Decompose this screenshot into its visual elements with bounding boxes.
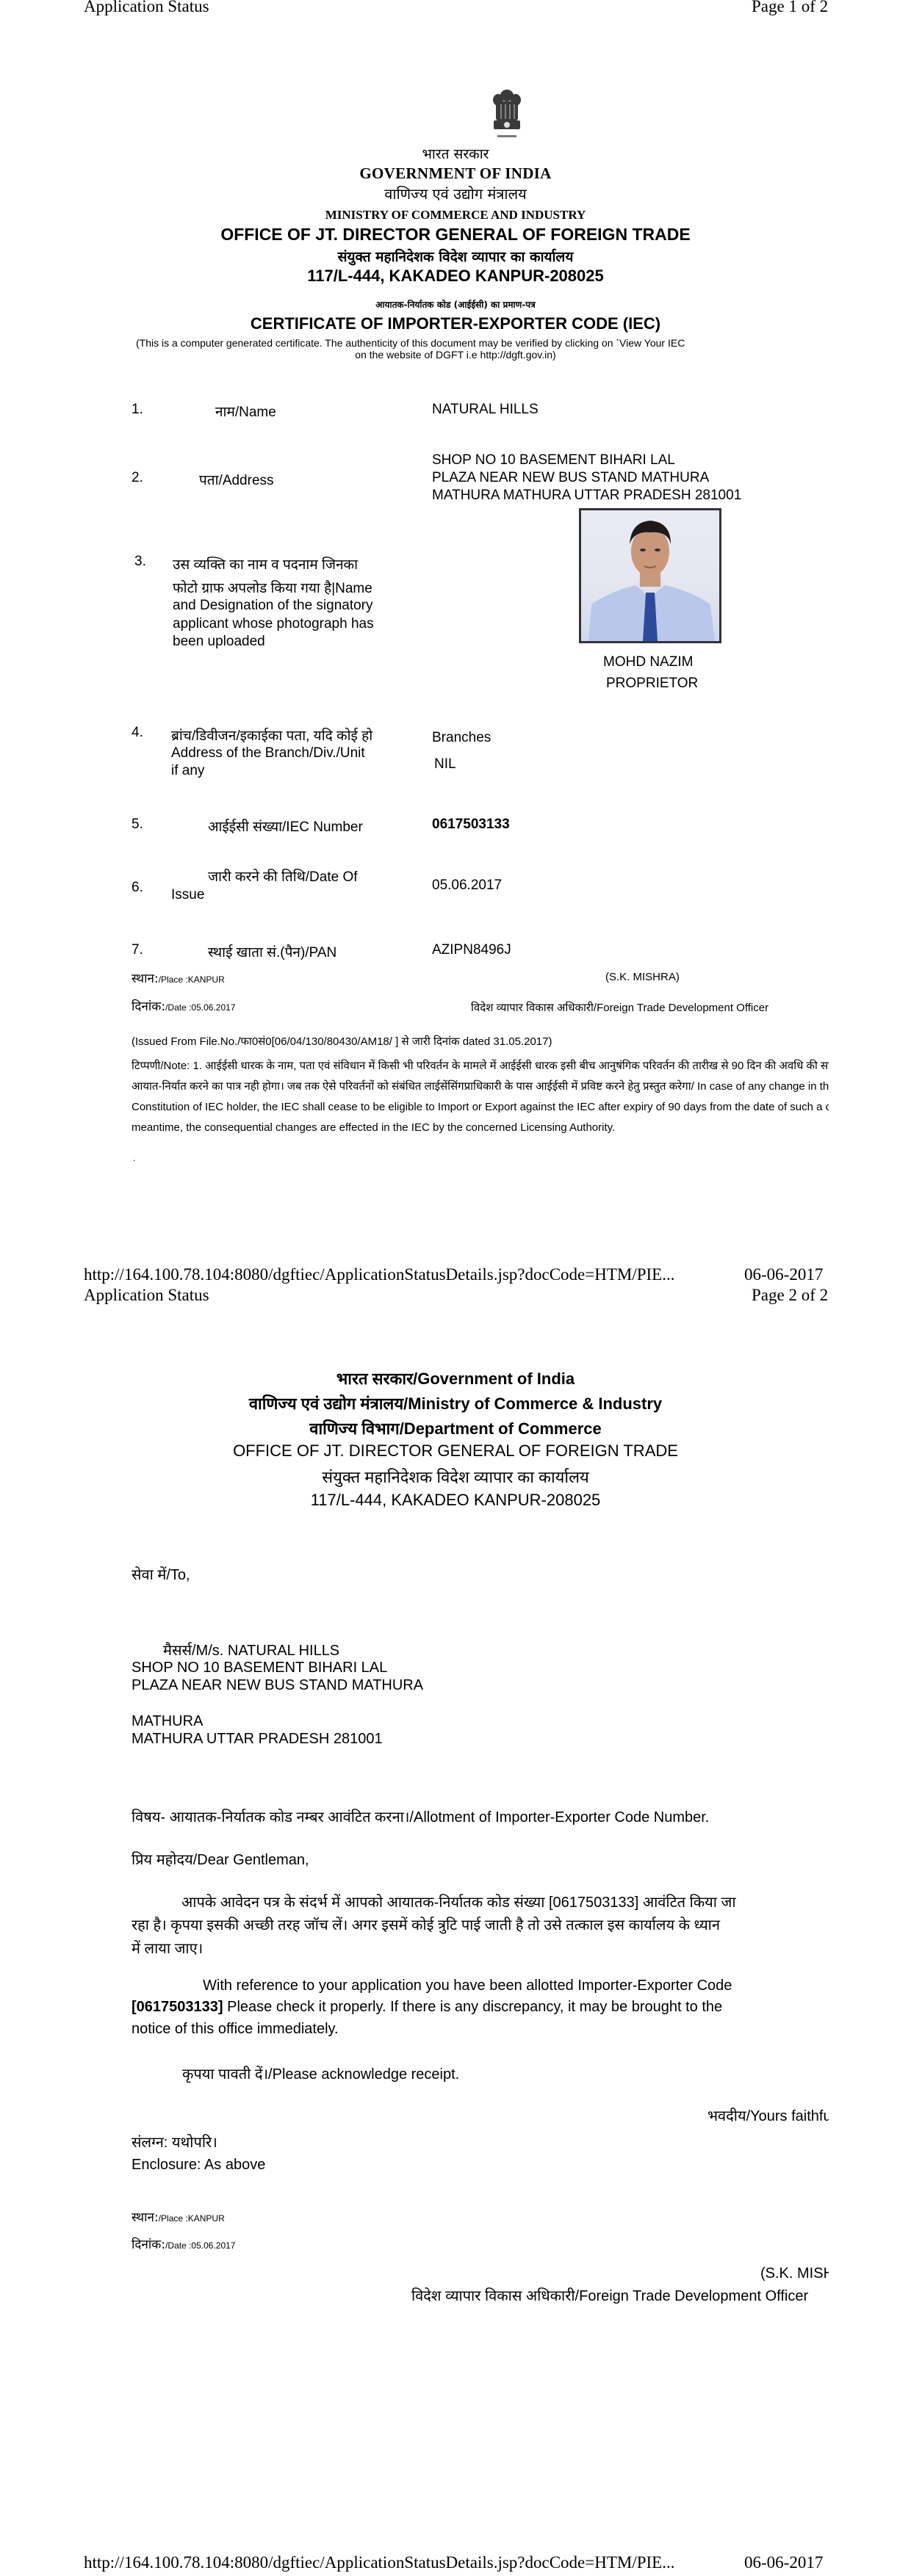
english-para-line-3: notice of this office immediately.	[132, 2021, 339, 2038]
enclosure-english: Enclosure: As above	[132, 2157, 265, 2174]
letter-subject: विषय- आयातक-निर्यातक कोड नम्बर आवंटित कर…	[132, 1806, 709, 1826]
closing: भवदीय/Yours faithfully	[707, 2105, 829, 2125]
letter-department: वाणिज्य विभाग/Department of Commerce	[0, 1417, 829, 1439]
place-value: /Place :KANPUR	[159, 2213, 225, 2224]
place-label: स्थान:	[132, 2210, 159, 2225]
letter-addressee: मैसर्स/M/s. NATURAL HILLS	[163, 1640, 339, 1660]
address-line-4: MATHURA	[132, 1713, 203, 1730]
english-para-line-1: With reference to your application you h…	[203, 1978, 732, 1994]
iec-code: [0617503133]	[132, 1999, 223, 2015]
signatory-name: (S.K. MISHRA)	[760, 2265, 829, 2282]
letter-office-address: 117/L-444, KAKADEO KANPUR-208025	[0, 1491, 829, 1510]
address-line-1: SHOP NO 10 BASEMENT BIHARI LAL	[132, 1660, 387, 1676]
hindi-para-line-2: रहा है। कृपया इसकी अच्छी तरह जॉच लें। अग…	[132, 1914, 720, 1934]
signatory-title: विदेश व्यापार विकास अधिकारी/Foreign Trad…	[411, 2285, 808, 2305]
hindi-para-line-1: आपके आवेदन पत्र के संदर्भ में आपको आयातक…	[181, 1892, 736, 1911]
letter-gov: भारत सरकार/Government of India	[0, 1367, 829, 1389]
date-line: दिनांक:/Date :05.06.2017	[132, 2235, 235, 2252]
place-line: स्थान:/Place :KANPUR	[132, 2208, 225, 2225]
date-value: /Date :05.06.2017	[165, 2240, 235, 2251]
letter-salutation: प्रिय महोदय/Dear Gentleman,	[132, 1849, 309, 1869]
english-para-line-2: [0617503133] Please check it properly. I…	[132, 1999, 722, 2016]
letter-to: सेवा में/To,	[132, 1564, 190, 1584]
date-label: दिनांक:	[132, 2237, 165, 2252]
allotment-letter-page: भारत सरकार/Government of India वाणिज्य ए…	[0, 0, 829, 2576]
letter-office: OFFICE OF JT. DIRECTOR GENERAL OF FOREIG…	[0, 1441, 829, 1461]
enclosure-hindi: संलग्न: यथोपरि।	[132, 2132, 217, 2152]
letter-ministry: वाणिज्य एवं उद्योग मंत्रालय/Ministry of …	[0, 1392, 829, 1414]
print-footer-date: 06-06-2017	[744, 2553, 823, 2572]
acknowledge-line: कृपया पावती दें।/Please acknowledge rece…	[182, 2063, 459, 2083]
address-line-2: PLAZA NEAR NEW BUS STAND MATHURA	[132, 1677, 423, 1694]
address-line-5: MATHURA UTTAR PRADESH 281001	[132, 1731, 383, 1748]
letter-office-hindi: संयुक्त महानिदेशक विदेश व्यापार का कार्य…	[0, 1466, 829, 1488]
print-footer-url: http://164.100.78.104:8080/dgftiec/Appli…	[84, 2553, 674, 2572]
english-para-text: Please check it properly. If there is an…	[223, 1999, 723, 2015]
hindi-para-line-3: में लाया जाए।	[132, 1938, 203, 1958]
